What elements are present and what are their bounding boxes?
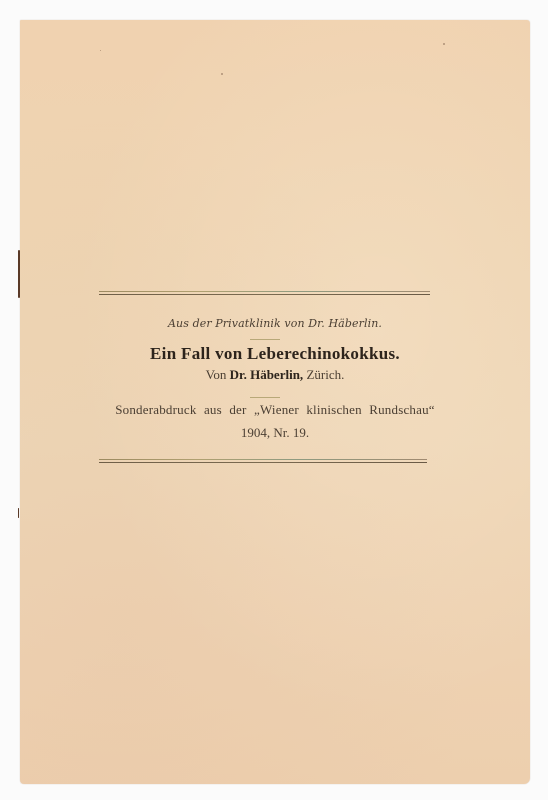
author-name: Dr. Häberlin, (230, 367, 304, 382)
paper-speck (100, 50, 101, 51)
paper-speck (443, 43, 445, 45)
short-divider (250, 339, 280, 340)
top-double-rule (99, 291, 430, 295)
scan-background: Aus der Privatklinik von Dr. Häberlin. E… (0, 0, 548, 800)
bottom-double-rule (99, 459, 427, 463)
binding-mark (18, 508, 19, 518)
author-line: Von Dr. Häberlin, Zürich. (20, 367, 530, 383)
clinic-heading: Aus der Privatklinik von Dr. Häberlin. (20, 317, 530, 330)
reprint-note: Sonderabdruck aus der „Wiener klinischen… (20, 402, 530, 418)
binding-mark (18, 250, 20, 298)
paper-speck (221, 73, 223, 75)
article-title: Ein Fall von Leberechinokokkus. (20, 344, 530, 364)
author-place: Zürich. (306, 367, 344, 382)
author-prefix: Von (206, 367, 227, 382)
short-divider (250, 397, 280, 398)
issue-reference: 1904, Nr. 19. (20, 425, 530, 441)
